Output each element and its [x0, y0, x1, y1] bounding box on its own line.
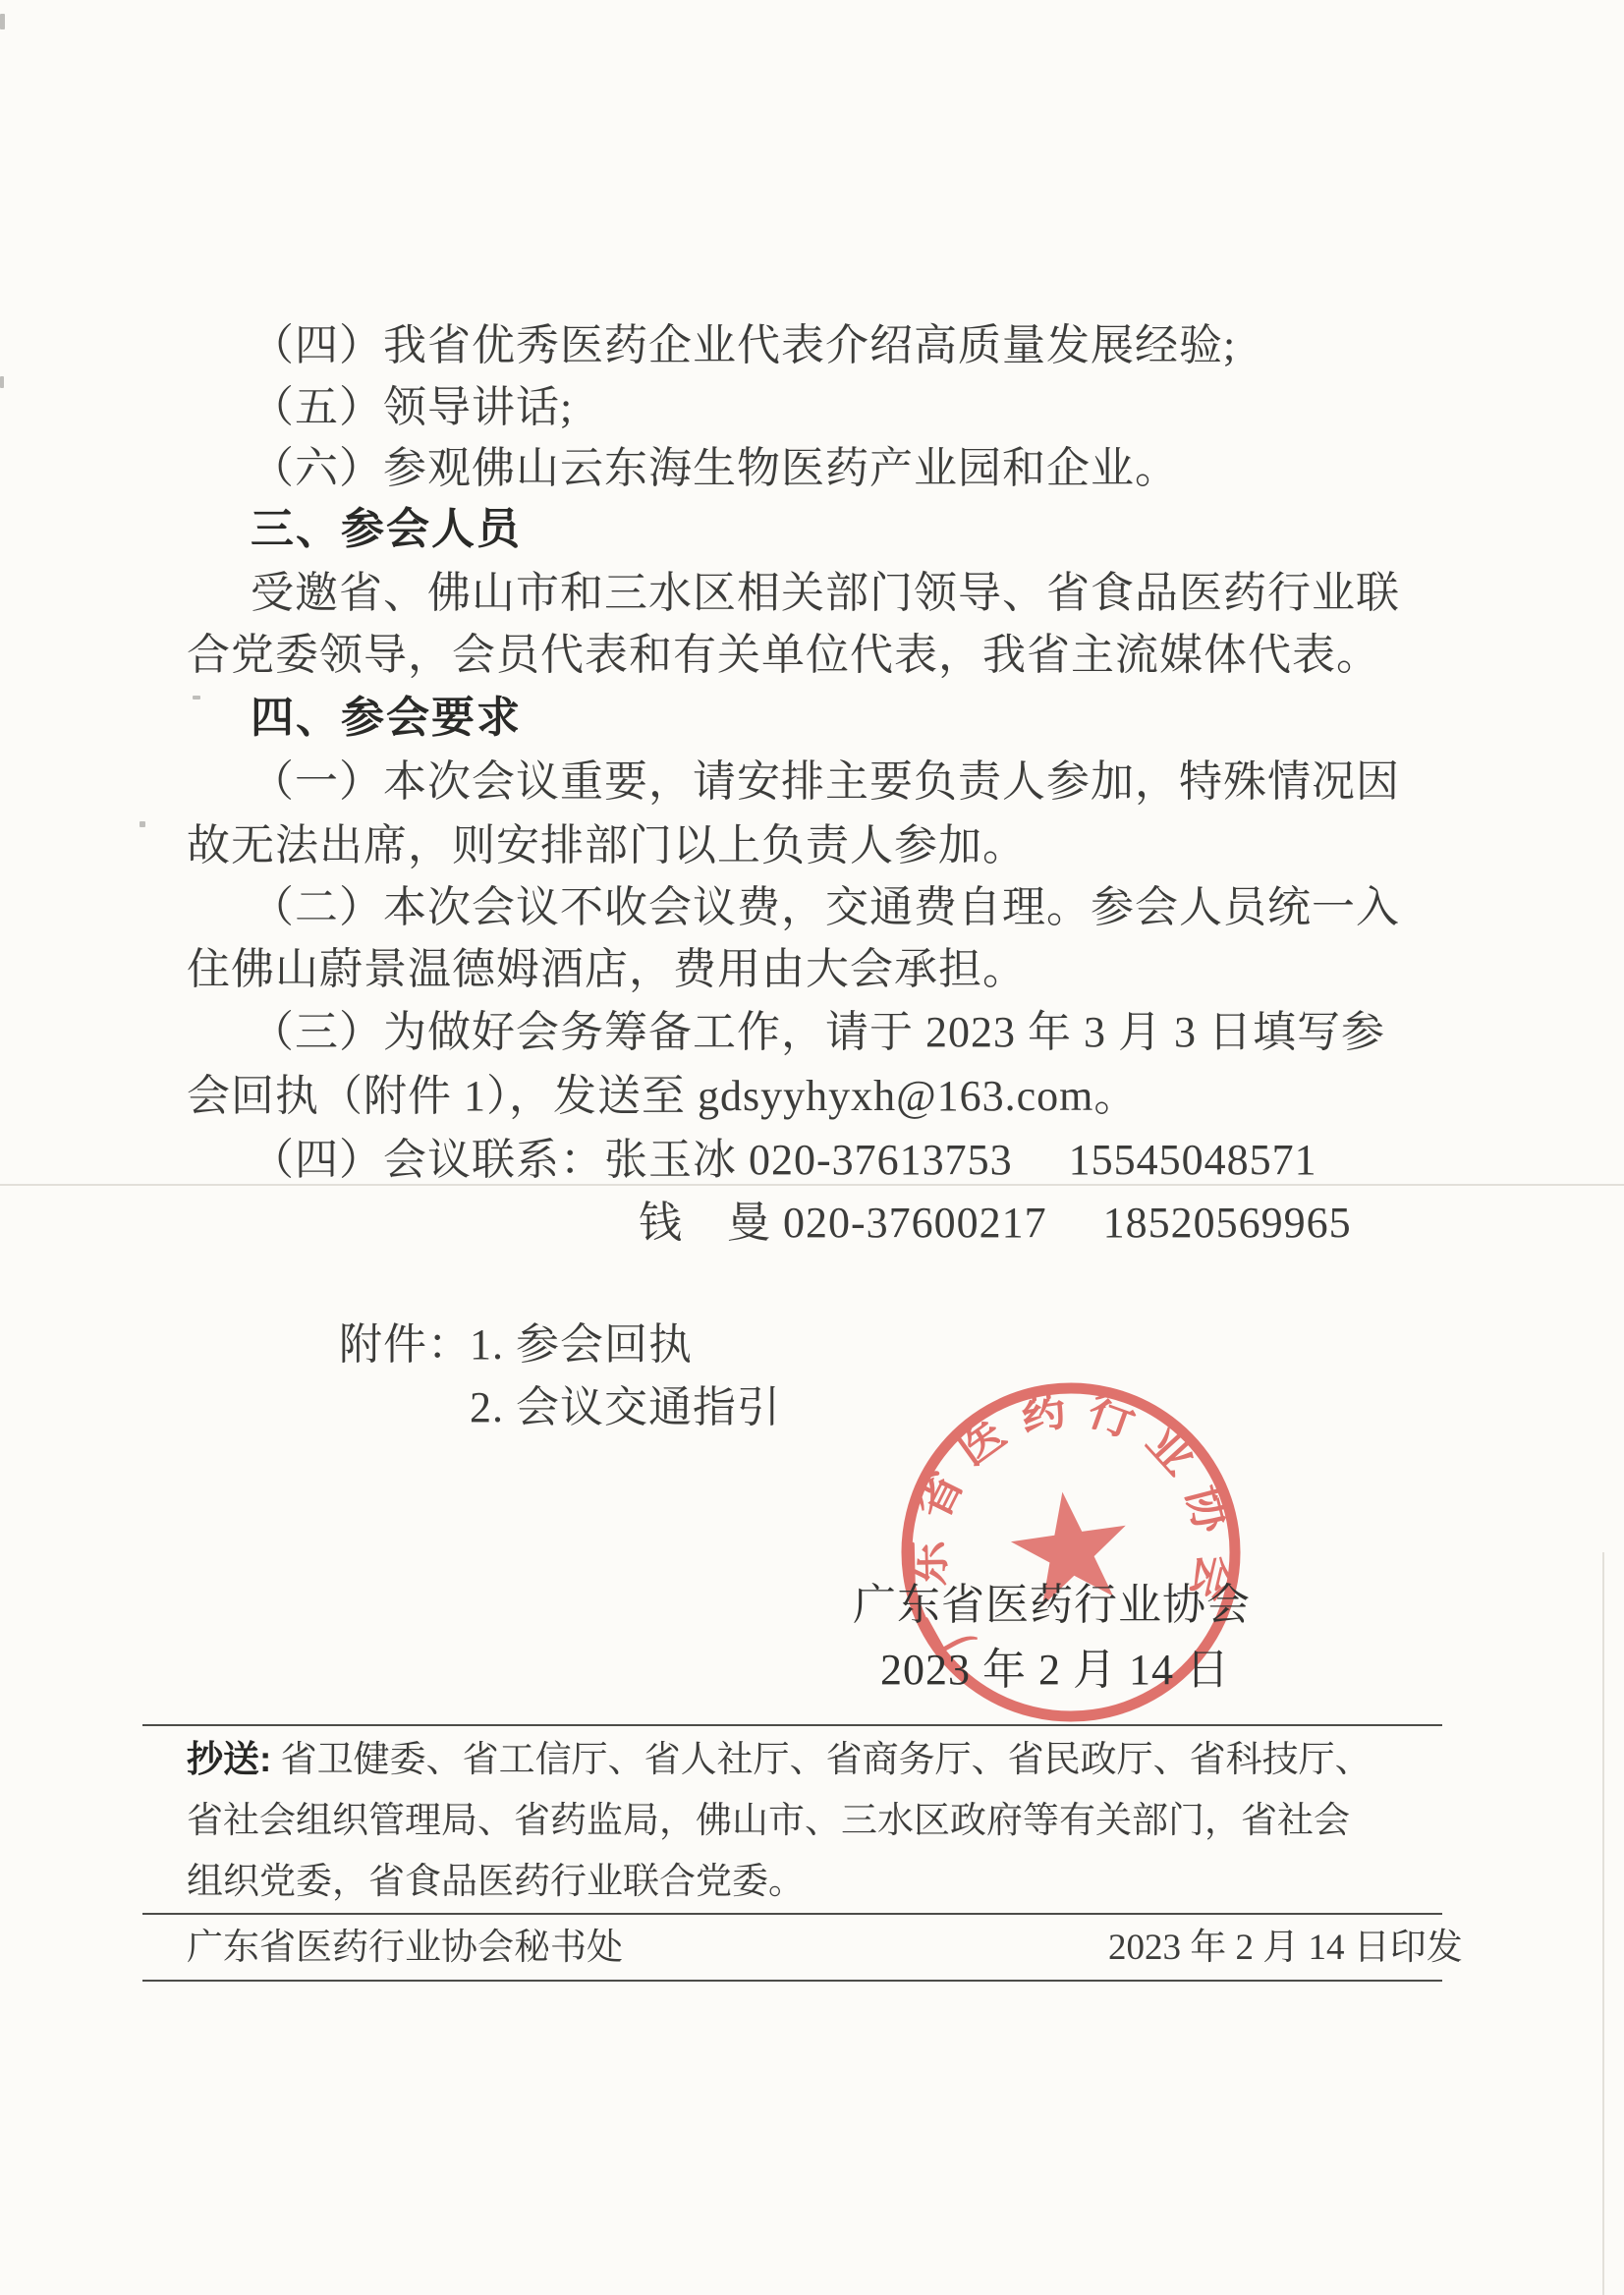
body-line-item-4: （四）我省优秀医药企业代表介绍高质量发展经验;: [251, 324, 1236, 367]
footer-rule-top: [142, 1724, 1442, 1726]
cc-line-2: 省社会组织管理局、省药监局，佛山市、三水区政府等有关部门，省社会: [187, 1803, 1350, 1839]
body-line-req3-1: （三）为做好会务筹备工作，请于 2023 年 3 月 3 日填写参: [251, 1011, 1385, 1054]
issuing-org-signature: 广东省医药行业协会: [853, 1584, 1251, 1627]
attachment-item-1: 1. 参会回执: [470, 1323, 693, 1367]
footer-rule-middle: [142, 1913, 1442, 1915]
scan-artifact-band: [0, 1184, 1624, 1186]
scan-page-edge: [1602, 1552, 1604, 2295]
footer-rule-bottom: [142, 1980, 1442, 1982]
body-line-attendees-2: 合党委领导，会员代表和有关单位代表，我省主流媒体代表。: [187, 634, 1380, 677]
body-line-req2-1: （二）本次会议不收会议费，交通费自理。参会人员统一入: [251, 886, 1400, 929]
issuer-name: 广东省医药行业协会秘书处: [187, 1930, 623, 1966]
cc-line-1-text: 省卫健委、省工信厅、省人社厅、省商务厅、省民政厅、省科技厅、: [281, 1740, 1372, 1780]
body-line-req3-2: 会回执（附件 1），发送至 gdsyyhyxh@163.com。: [187, 1075, 1138, 1118]
scan-speck: [140, 821, 145, 827]
body-line-req2-2: 住佛山蔚景温德姆酒店，费用由大会承担。: [187, 948, 1027, 991]
attachments-label: 附件：: [339, 1323, 472, 1367]
body-line-attendees-1: 受邀省、佛山市和三水区相关部门领导、省食品医药行业联: [251, 572, 1400, 615]
cc-label: 抄送:: [187, 1739, 271, 1779]
contact-line-2: 钱 曼 020-37600217 18520569965: [639, 1202, 1352, 1245]
section-heading-attendees: 三、参会人员: [251, 508, 522, 551]
cc-line-3: 组织党委，省食品医药行业联合党委。: [187, 1864, 805, 1900]
body-line-item-6: （六）参观佛山云东海生物医药产业园和企业。: [251, 447, 1179, 490]
scan-speck: [193, 696, 200, 700]
document-page: （四）我省优秀医药企业代表介绍高质量发展经验; （五）领导讲话; （六）参观佛山…: [0, 0, 1624, 2295]
signature-date: 2023 年 2 月 14 日: [880, 1649, 1230, 1692]
body-line-req1-2: 故无法出席，则安排部门以上负责人参加。: [187, 824, 1027, 868]
body-line-req1-1: （一）本次会议重要，请安排主要负责人参加，特殊情况因: [251, 760, 1400, 804]
contact-line-1: （四）会议联系：张玉冰 020-37613753 15545048571: [251, 1139, 1317, 1182]
scan-speck: [0, 376, 4, 388]
scan-speck: [0, 14, 5, 29]
print-date: 2023 年 2 月 14 日印发: [1108, 1930, 1463, 1966]
section-heading-requirements: 四、参会要求: [251, 697, 522, 740]
body-line-item-5: （五）领导讲话;: [251, 386, 573, 429]
attachment-item-2: 2. 会议交通指引: [470, 1386, 781, 1429]
cc-line-1: 抄送: 省卫健委、省工信厅、省人社厅、省商务厅、省民政厅、省科技厅、: [187, 1741, 1372, 1778]
